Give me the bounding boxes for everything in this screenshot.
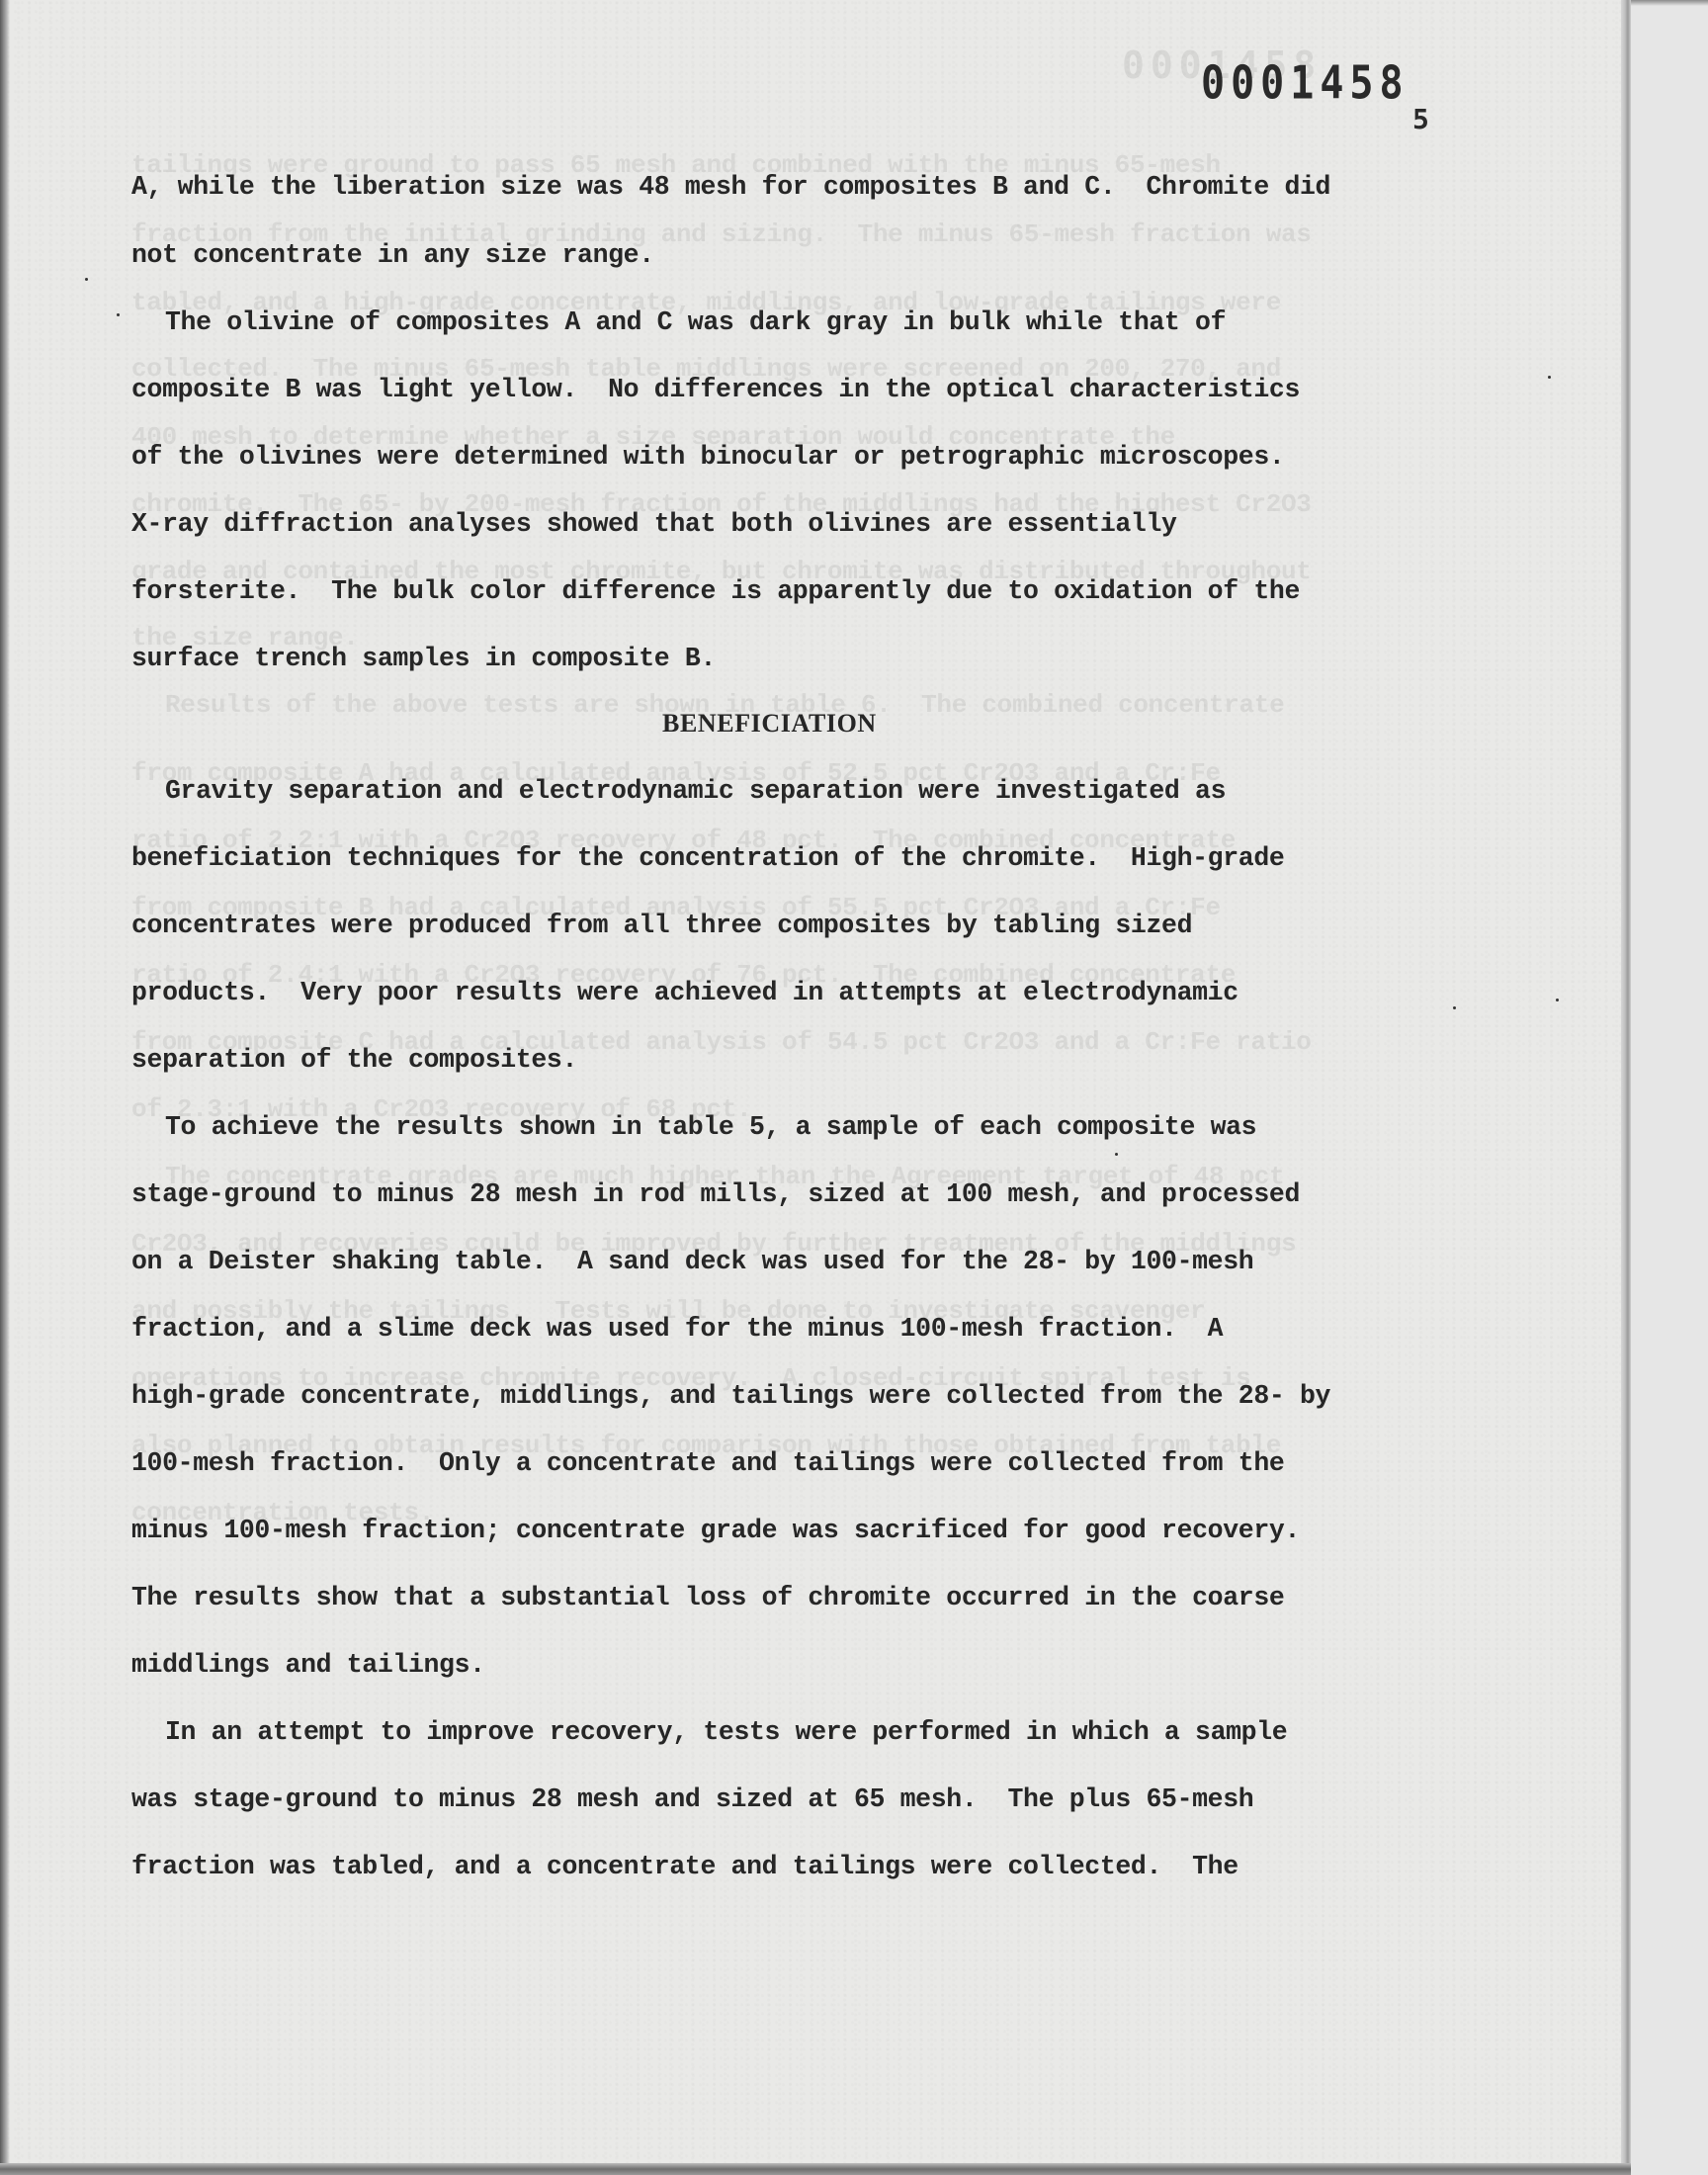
text-line: middlings and tailings. [131,1650,485,1680]
page-right-edge [1621,0,1631,2175]
page-left-shadow [0,0,10,2163]
paragraph-start-line: Gravity separation and electrodynamic se… [165,776,1226,806]
paragraph-start-line: To achieve the results shown in table 5,… [165,1112,1256,1142]
scan-speck [1453,1006,1456,1009]
scan-speck [1548,376,1551,379]
text-line: concentrates were produced from all thre… [131,911,1192,940]
paragraph-start-line: The olivine of composites A and C was da… [165,307,1226,337]
text-line: fraction was tabled, and a concentrate a… [131,1852,1238,1881]
scan-speck [1115,1153,1118,1156]
text-line: fraction, and a slime deck was used for … [131,1314,1223,1344]
text-line: minus 100-mesh fraction; concentrate gra… [131,1516,1300,1545]
page-top-shadow [1631,0,1708,6]
text-line: composite B was light yellow. No differe… [131,375,1300,404]
scan-speck [1556,999,1559,1001]
section-heading: BENEFICIATION [662,709,877,739]
document-number-stamp: 0001458 [1201,57,1409,110]
text-line: 100-mesh fraction. Only a concentrate an… [131,1448,1284,1478]
text-line: A, while the liberation size was 48 mesh… [131,172,1330,202]
text-line: of the olivines were determined with bin… [131,442,1284,472]
text-line: surface trench samples in composite B. [131,644,716,673]
text-line: forsterite. The bulk color difference is… [131,576,1300,606]
text-line: not concentrate in any size range. [131,240,654,270]
text-line: separation of the composites. [131,1045,577,1075]
scan-speck [117,313,120,316]
text-line: on a Deister shaking table. A sand deck … [131,1247,1253,1276]
text-line: products. Very poor results were achieve… [131,978,1238,1007]
page-bottom-edge [0,2163,1631,2175]
text-line: was stage-ground to minus 28 mesh and si… [131,1784,1253,1814]
text-line: X-ray diffraction analyses showed that b… [131,509,1177,539]
paragraph-start-line: In an attempt to improve recovery, tests… [165,1717,1287,1747]
page-number: 5 [1412,103,1429,135]
scan-speck [85,278,88,281]
text-line: stage-ground to minus 28 mesh in rod mil… [131,1179,1300,1209]
text-line: beneficiation techniques for the concent… [131,843,1284,873]
text-line: The results show that a substantial loss… [131,1583,1284,1612]
text-line: high-grade concentrate, middlings, and t… [131,1381,1330,1411]
